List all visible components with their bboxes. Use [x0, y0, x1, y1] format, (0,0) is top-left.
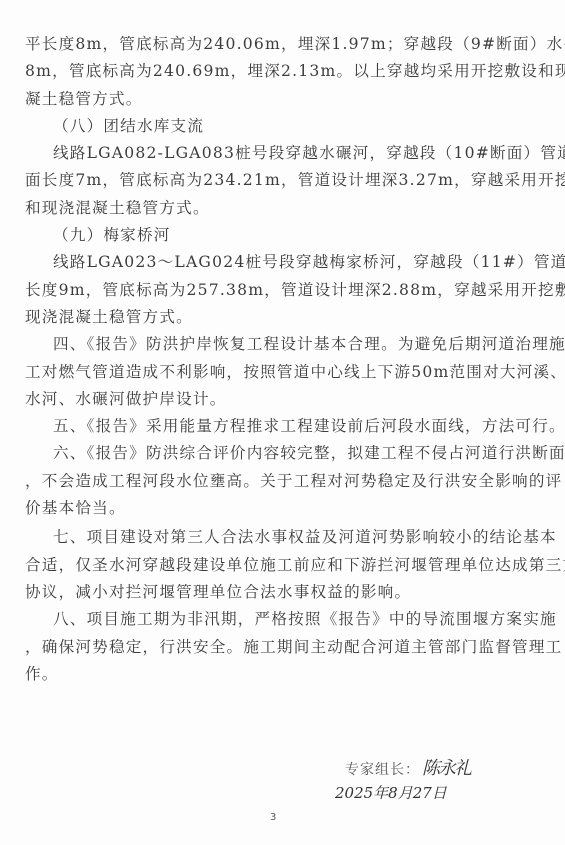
text-line: ，确保河势稳定，行洪安全。施工期间主动配合河道主管部门监督管理工: [25, 634, 540, 661]
document-body: 平长度8m，管底标高为240.06m，埋深1.97m；穿越段（9#断面）水平长度…: [25, 31, 540, 688]
text-line: 合适，仅圣水河穿越段建设单位施工前应和下游拦河堰管理单位达成第三方: [25, 552, 540, 579]
handwritten-signature: 陈永礼: [422, 758, 470, 779]
text-line: 水河、水碾河做护岸设计。: [25, 386, 540, 413]
paragraph-5: 五、《报告》采用能量方程推求工程建设前后河段水面线，方法可行。: [25, 413, 540, 440]
text-line: 线路LGA023～LAG024桩号段穿越梅家桥河，穿越段（11#）管道平面: [25, 249, 540, 276]
signature-date: 2025年8月27日: [335, 782, 545, 803]
text-line: 长度9m，管底标高为257.38m，管道设计埋深2.88m，穿越采用开挖敷设和: [25, 277, 540, 304]
signature-block: 专家组长：陈永礼 2025年8月27日: [345, 754, 545, 803]
text-line: ，不会造成工程河段水位壅高。关于工程对河势稳定及行洪安全影响的评: [25, 468, 540, 495]
section-heading-8: （八）团结水库支流: [25, 113, 540, 140]
paragraph-8-start: 八、项目施工期为非汛期，严格按照《报告》中的导流围堰方案实施: [25, 606, 540, 633]
signature-label: 专家组长：: [345, 762, 420, 778]
paragraph-4-start: 四、《报告》防洪护岸恢复工程设计基本合理。为避免后期河道治理施: [25, 331, 540, 358]
page-number: 3: [270, 812, 276, 823]
text-line: 凝土稳管方式。: [25, 86, 540, 113]
paragraph-6-start: 六、《报告》防洪综合评价内容较完整，拟建工程不侵占河道行洪断面: [25, 440, 540, 467]
document-page: 平长度8m，管底标高为240.06m，埋深1.97m；穿越段（9#断面）水平长度…: [0, 0, 565, 845]
text-line: 协议，减小对拦河堰管理单位合法水事权益的影响。: [25, 579, 540, 606]
text-line: 8m，管底标高为240.69m，埋深2.13m。以上穿越均采用开挖敷设和现浇混: [25, 58, 540, 85]
section-heading-9: （九）梅家桥河: [25, 222, 540, 249]
text-line: 平长度8m，管底标高为240.06m，埋深1.97m；穿越段（9#断面）水平长度: [25, 31, 540, 58]
text-line: 价基本恰当。: [25, 495, 540, 522]
text-line: 线路LGA082-LGA083桩号段穿越水碾河，穿越段（10#断面）管道平: [25, 140, 540, 167]
text-line: 和现浇混凝土稳管方式。: [25, 195, 540, 222]
text-line: 面长度7m，管底标高为234.21m，管道设计埋深3.27m，穿越采用开挖敷设: [25, 167, 540, 194]
text-line: 作。: [25, 661, 540, 688]
paragraph-7-start: 七、项目建设对第三人合法水事权益及河道河势影响较小的结论基本: [25, 524, 540, 551]
text-line: 工对燃气管道造成不利影响，按照管道中心线上下游50m范围对大河溪、圣: [25, 359, 540, 386]
text-line: 现浇混凝土稳管方式。: [25, 304, 540, 331]
